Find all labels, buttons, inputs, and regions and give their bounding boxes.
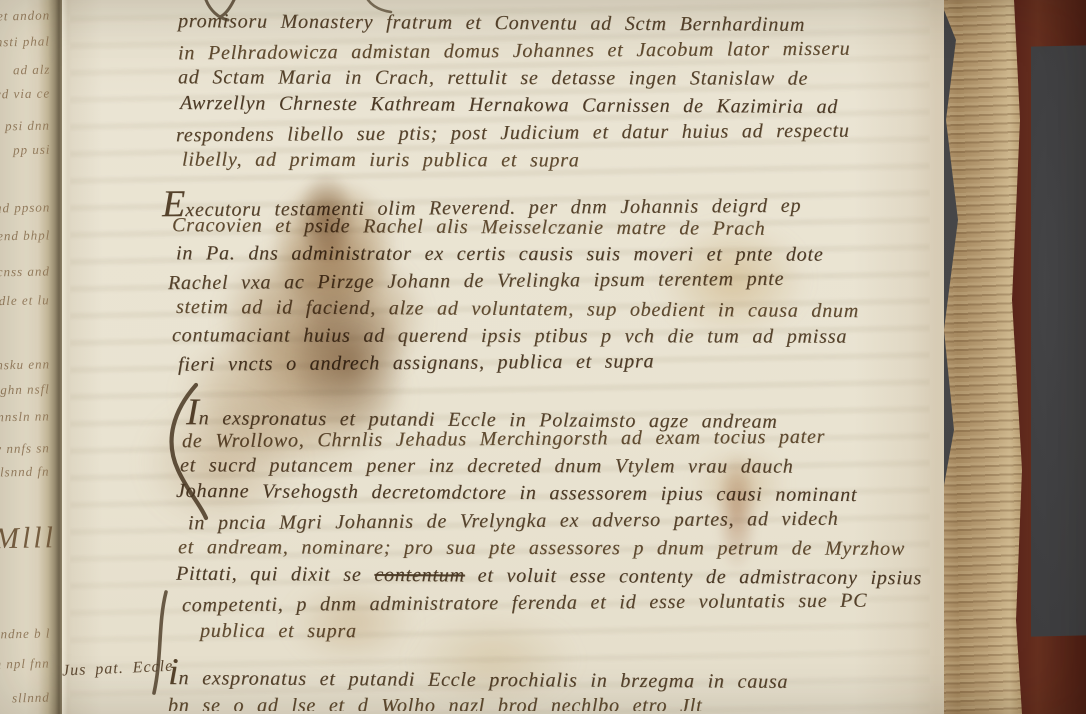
facing-text-fragment: cd via ce (0, 86, 50, 103)
text-line: respondens libello sue ptis; post Judici… (176, 120, 850, 148)
facing-large-script-fragment: lllMlll (0, 521, 56, 557)
manuscript-scan: et andon ehsti phal ad alz cd via ce psi… (0, 0, 1086, 714)
text-line: Pittati, qui dixit se contentum et volui… (176, 563, 922, 591)
text-line: in exspronatus et putandi Eccle prochial… (168, 658, 788, 694)
facing-text-fragment: sllnnd (12, 690, 50, 707)
text-line: Rachel vxa ac Pirzge Johann de Vrelingka… (168, 268, 784, 295)
text-line: et sucrd putancem pener inz decreted dnu… (180, 454, 794, 478)
facing-text-fragment: emend bhpl (0, 227, 50, 244)
initial-letter-swash (156, 382, 226, 522)
struck-out-word: contentum (374, 564, 465, 587)
facing-text-fragment: et andon (0, 8, 50, 25)
line-segment: et voluit esse contenty de admistracony … (465, 564, 922, 589)
text-line: in Pa. dns administrator ex certis causi… (176, 242, 824, 266)
text-line: promisoru Monastery fratrum et Conventu … (178, 10, 805, 37)
facing-text-fragment: ln nnsln nn (0, 408, 50, 425)
bottom-cut-off-line: bn se o ad lse et d Wolho nazl brod nech… (168, 695, 868, 711)
text-line: in Pelhradowicza admistan domus Johannes… (178, 38, 851, 66)
line-segment: Pittati, qui dixit se (176, 563, 375, 586)
cut-off-ascender-stroke (364, 0, 394, 14)
text-line: fieri vncts o andrech assignans, publica… (178, 350, 654, 376)
text-line: libelly, ad primam iuris publica et supr… (182, 149, 580, 173)
facing-text-fragment: ca ad dle et lu (0, 292, 50, 310)
facing-text-fragment: h nsghn nsfl (0, 381, 50, 398)
text-line: de Wrollowo, Chrnlis Jehadus Merchingors… (182, 426, 825, 453)
text-line: Johanne Vrsehogsth decretomdctore in ass… (176, 480, 857, 507)
text-line: et andream, nominare; pro sua pte assess… (178, 536, 905, 561)
margin-flourish-stroke (150, 590, 176, 696)
facing-text-fragment: ecnss and (0, 263, 50, 280)
facing-text-fragment: ad alz (12, 62, 50, 79)
facing-text-fragment: nnl ny nnfs sn (0, 440, 50, 457)
text-line: competenti, p dnm administratore ferenda… (182, 590, 867, 618)
text-line: ad Sctam Maria in Crach, rettulit se det… (178, 66, 808, 90)
gutter-page-curl-highlight (62, 0, 68, 714)
text-line: contumaciant huius ad querend ipsis ptib… (172, 324, 847, 348)
facing-page-strip: et andon ehsti phal ad alz cd via ce psi… (0, 0, 62, 714)
facing-text-fragment: psi dnn (5, 118, 50, 135)
scan-background-panel (1031, 45, 1086, 636)
text-line: stetim ad id faciend, alze ad voluntatem… (176, 296, 859, 323)
facing-text-fragment: nehsku enn (0, 356, 50, 373)
facing-text-fragment: ad ppson (0, 200, 50, 217)
text-line: bn se o ad lse et d Wolho nazl brod nech… (168, 695, 868, 711)
text-line: Cracovien et pside Rachel alis Meisselcz… (172, 214, 766, 241)
facing-text-fragment: pp usi (12, 142, 50, 159)
text-line: publica et supra (200, 620, 357, 643)
cut-off-ascender-stroke (200, 0, 240, 24)
facing-text-fragment: ehsti phal (0, 33, 50, 50)
facing-text-fragment: nn npl fnn (0, 655, 50, 672)
facing-text-fragment: andne b l (0, 626, 50, 643)
text-line: Awrzellyn Chrneste Kathream Hernakowa Ca… (180, 92, 838, 119)
facing-text-fragment: lsnnd fn (0, 464, 50, 481)
text-line: in pncia Mgri Johannis de Vrelyngka ex a… (188, 508, 839, 536)
